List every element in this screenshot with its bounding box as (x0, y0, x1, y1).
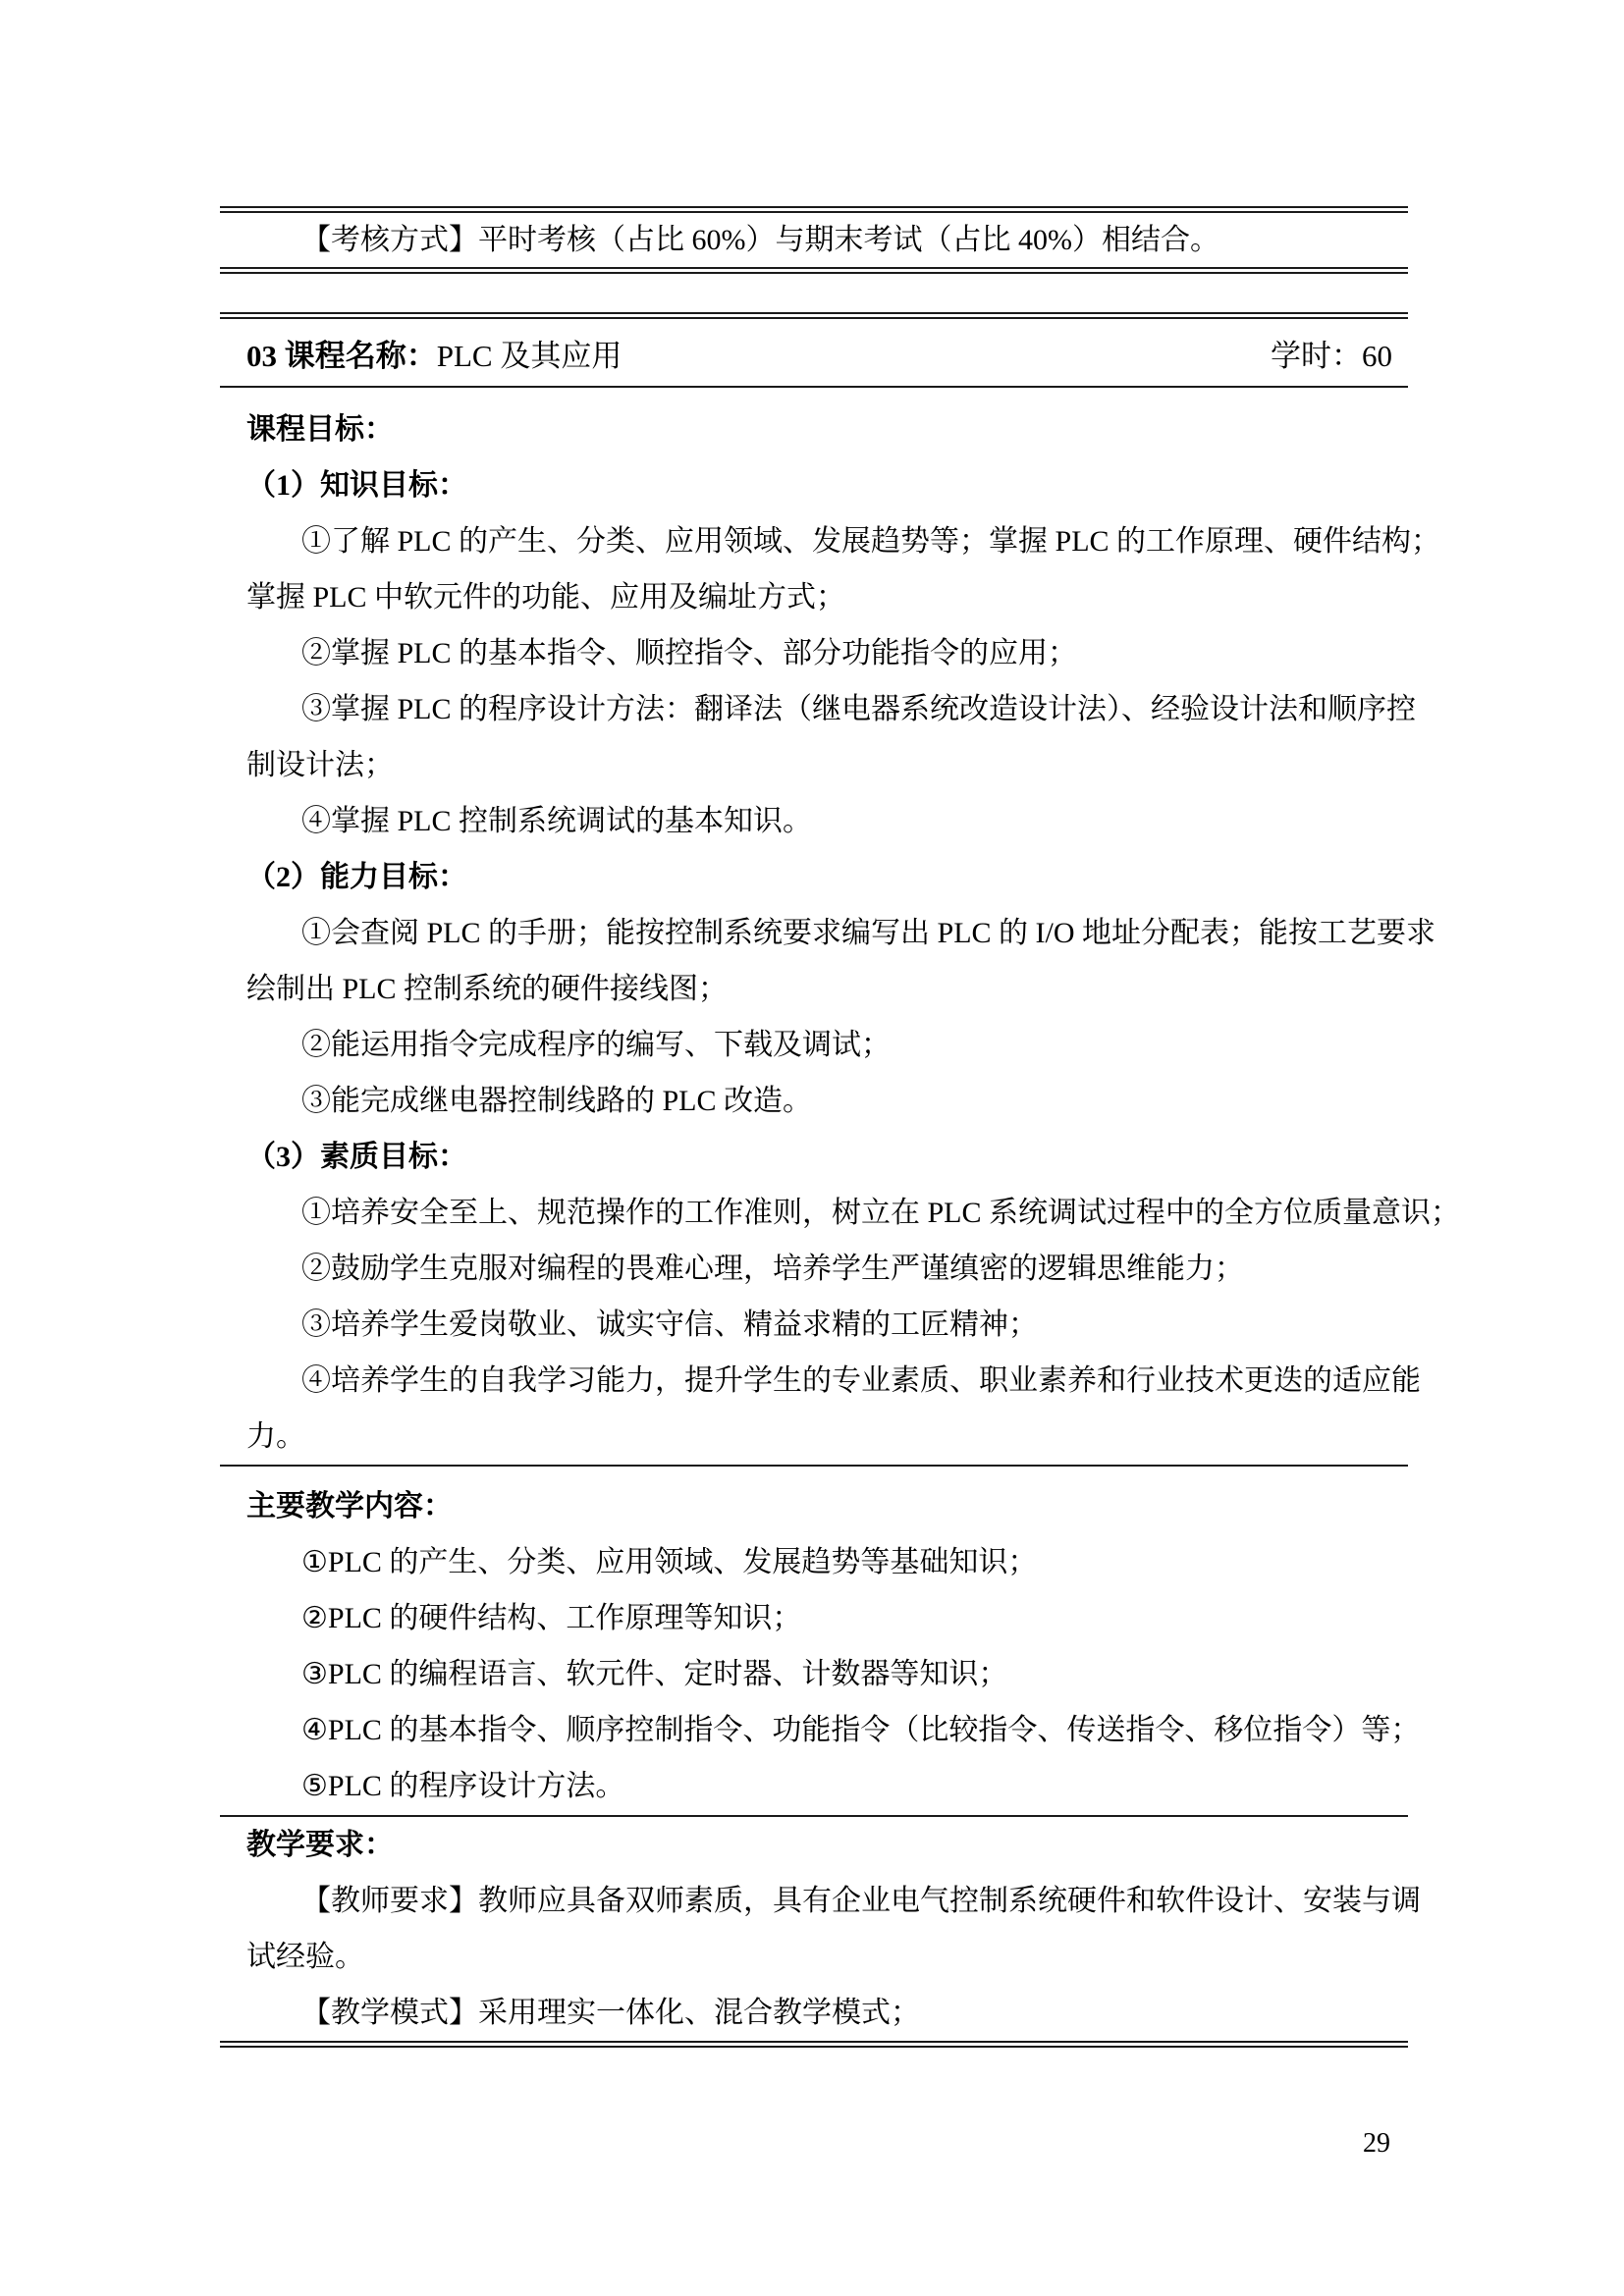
teaching-content-line: ②PLC 的硬件结构、工作原理等知识； (246, 1590, 1408, 1646)
teacher-requirement-line: 【教师要求】教师应具备双师素质，具有企业电气控制系统硬件和软件设计、安装与调 (246, 1873, 1408, 1929)
knowledge-goal-line: 掌握 PLC 中软元件的功能、应用及编址方式； (246, 569, 1408, 625)
course-title-label: 03 课程名称： (246, 339, 437, 373)
course-header-row: 03 课程名称：PLC 及其应用 学时：60 (220, 319, 1408, 388)
teaching-mode-line: 【教学模式】采用理实一体化、混合教学模式； (246, 1985, 1408, 2041)
ability-goal-line: 绘制出 PLC 控制系统的硬件接线图； (246, 961, 1408, 1017)
assessment-method-label: 【考核方式】 (301, 224, 478, 256)
knowledge-goal-line: ①了解 PLC 的产生、分类、应用领域、发展趋势等；掌握 PLC 的工作原理、硬… (246, 513, 1408, 569)
ability-goal-line: ③能完成继电器控制线路的 PLC 改造。 (246, 1073, 1408, 1129)
teaching-mode-label: 【教学模式】 (301, 1997, 478, 2029)
teaching-content-line: ⑤PLC 的程序设计方法。 (246, 1758, 1408, 1814)
knowledge-goal-line: ③掌握 PLC 的程序设计方法：翻译法（继电器系统改造设计法）、经验设计法和顺序… (246, 681, 1408, 737)
course-title-value: PLC 及其应用 (437, 339, 623, 373)
course-goals-row: 课程目标： （1）知识目标： ①了解 PLC 的产生、分类、应用领域、发展趋势等… (220, 388, 1408, 1467)
knowledge-goal-line: ②掌握 PLC 的基本指令、顺控指令、部分功能指令的应用； (246, 625, 1408, 681)
quality-goal-line: ③培养学生爱岗敬业、诚实守信、精益求精的工匠精神； (246, 1297, 1408, 1353)
teaching-content-row: 主要教学内容： ①PLC 的产生、分类、应用领域、发展趋势等基础知识； ②PLC… (220, 1467, 1408, 1817)
course-hours: 学时：60 (1271, 331, 1392, 375)
teaching-content-heading: 主要教学内容： (246, 1478, 1408, 1534)
quality-goal-line: ②鼓励学生克服对编程的畏难心理，培养学生严谨缜密的逻辑思维能力； (246, 1241, 1408, 1297)
course-hours-label: 学时： (1271, 339, 1362, 373)
goals-heading: 课程目标： (246, 401, 1408, 457)
quality-goal-line: 力。 (246, 1409, 1408, 1465)
quality-goals-heading: （3）素质目标： (246, 1129, 1408, 1185)
quality-goal-line: ①培养安全至上、规范操作的工作准则，树立在 PLC 系统调试过程中的全方位质量意… (246, 1185, 1408, 1241)
teaching-requirements-row: 教学要求： 【教师要求】教师应具备双师素质，具有企业电气控制系统硬件和软件设计、… (220, 1817, 1408, 2048)
document-page: 【考核方式】平时考核（占比 60%）与期末考试（占比 40%）相结合。 03 课… (0, 0, 1624, 2296)
teaching-content-line: ①PLC 的产生、分类、应用领域、发展趋势等基础知识； (246, 1534, 1408, 1590)
page-number: 29 (1363, 2128, 1390, 2160)
course-section: 03 课程名称：PLC 及其应用 学时：60 课程目标： （1）知识目标： ①了… (220, 312, 1408, 2048)
knowledge-goal-line: ④掌握 PLC 控制系统调试的基本知识。 (246, 793, 1408, 849)
ability-goal-line: ②能运用指令完成程序的编写、下载及调试； (246, 1017, 1408, 1073)
teaching-mode-text: 采用理实一体化、混合教学模式； (478, 1997, 920, 2029)
assessment-method-text: 平时考核（占比 60%）与期末考试（占比 40%）相结合。 (478, 224, 1219, 256)
ability-goal-line: ①会查阅 PLC 的手册；能按控制系统要求编写出 PLC 的 I/O 地址分配表… (246, 905, 1408, 961)
teacher-requirement-text: 教师应具备双师素质，具有企业电气控制系统硬件和软件设计、安装与调 (478, 1885, 1421, 1917)
teacher-requirement-line: 试经验。 (246, 1929, 1408, 1985)
teaching-requirements-heading: 教学要求： (246, 1817, 1408, 1873)
course-title: 03 课程名称：PLC 及其应用 (246, 331, 622, 375)
course-hours-value: 60 (1362, 339, 1392, 373)
quality-goal-line: ④培养学生的自我学习能力，提升学生的专业素质、职业素养和行业技术更迭的适应能 (246, 1353, 1408, 1409)
knowledge-goal-line: 制设计法； (246, 737, 1408, 793)
assessment-section: 【考核方式】平时考核（占比 60%）与期末考试（占比 40%）相结合。 (220, 206, 1408, 274)
ability-goals-heading: （2）能力目标： (246, 849, 1408, 905)
teaching-content-line: ④PLC 的基本指令、顺序控制指令、功能指令（比较指令、传送指令、移位指令）等； (246, 1702, 1408, 1758)
knowledge-goals-heading: （1）知识目标： (246, 457, 1408, 513)
assessment-method-line: 【考核方式】平时考核（占比 60%）与期末考试（占比 40%）相结合。 (246, 213, 1408, 267)
teacher-requirement-label: 【教师要求】 (301, 1885, 478, 1917)
teaching-content-line: ③PLC 的编程语言、软元件、定时器、计数器等知识； (246, 1646, 1408, 1702)
